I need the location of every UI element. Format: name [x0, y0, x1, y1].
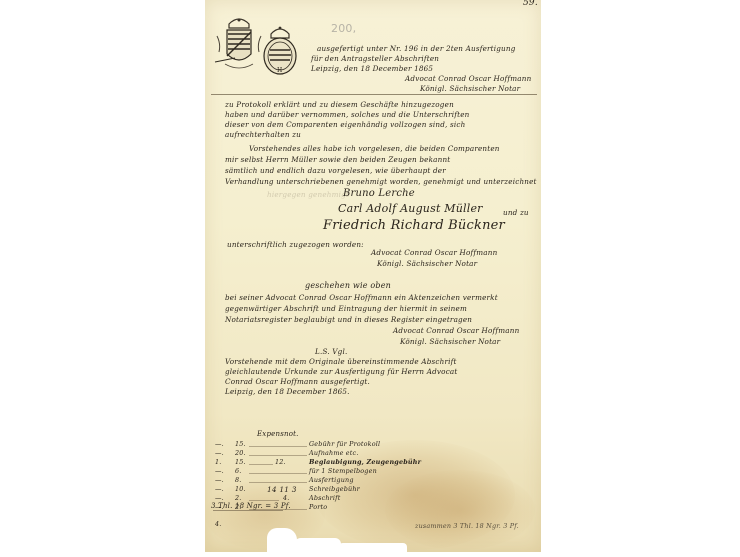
signature: Carl Adolf August Müller	[338, 202, 483, 215]
body-line: Vorstehende mit dem Originale übereinsti…	[225, 357, 457, 366]
section-heading: L.S. Vgl.	[315, 347, 347, 356]
ledger-footer-left: 4.	[215, 520, 222, 528]
body-line: dieser von dem Comparenten eigenhändig v…	[225, 120, 465, 129]
notary-name: Advocat Conrad Oscar Hoffmann	[371, 248, 497, 257]
body-line: sämtlich und endlich dazu vorgelesen, wi…	[225, 166, 446, 175]
ledger-row: —. 6. für 1 Stempelbogen	[215, 467, 415, 476]
signature: Bruno Lerche	[343, 188, 415, 199]
body-line: Conrad Oscar Hoffmann ausgefertigt.	[225, 377, 370, 386]
document-page: H 59. 200, ausgefertigt unter Nr. 196 in…	[205, 0, 541, 552]
page-number: 59.	[523, 0, 538, 8]
header-note-date: Leipzig, den 18 December 1865	[311, 64, 433, 73]
torn-edge	[337, 543, 407, 552]
notary-title: Königl. Sächsischer Notar	[400, 337, 500, 346]
header-divider	[211, 94, 537, 95]
svg-text:H: H	[277, 67, 282, 74]
ledger-row: 1. 15. 12. Beglaubigung, Zeugengebühr	[215, 458, 415, 467]
signature-suffix: und zu	[503, 208, 529, 217]
ledger-row: —. 15. Gebühr für Protokoll	[215, 440, 415, 449]
body-line: mir selbst Herrn Müller sowie den beiden…	[225, 155, 450, 164]
ledger-heading: Expensnot.	[257, 430, 299, 438]
ledger-row: —. 20. Aufnahme etc.	[215, 449, 415, 458]
header-notary-title: Königl. Sächsischer Notar	[420, 84, 520, 93]
body-line: gegenwärtiger Abschrift und Eintragung d…	[225, 304, 467, 313]
ledger-row: —. 10. 14 11 3 Schreibgebühr	[215, 485, 415, 494]
coat-of-arms-right-icon: H	[260, 24, 300, 80]
torn-edge	[293, 538, 341, 552]
faint-bleedthrough-line: hiergegen genehmigt	[267, 190, 349, 199]
body-line: Vorstehendes alles habe ich vorgelesen, …	[249, 144, 500, 153]
body-line-date: Leipzig, den 18 December 1865.	[225, 387, 350, 396]
notary-name: Advocat Conrad Oscar Hoffmann	[393, 326, 519, 335]
body-line: zu Protokoll erklärt und zu diesem Gesch…	[225, 100, 454, 109]
section-heading: geschehen wie oben	[305, 281, 391, 290]
ledger-footer-right: zusammen 3 Thl. 18 Ngr. 3 Pf.	[415, 522, 519, 530]
pencil-folio-number: 200,	[331, 22, 356, 35]
ledger-row: —. 8. Ausfertigung	[215, 476, 415, 485]
header-note: ausgefertigt unter Nr. 196 in der 2ten A…	[317, 44, 516, 53]
ledger-total-rule	[213, 510, 283, 511]
header-note: für den Antragsteller Abschriften	[311, 54, 439, 63]
coat-of-arms-left-icon	[213, 14, 265, 76]
witness-line: unterschriftlich zugezogen worden:	[227, 240, 364, 249]
body-line: haben und darüber vernommen, solches und…	[225, 110, 470, 119]
ledger-total: 3 Thl. 18 Ngr. = 3 Pf.	[211, 502, 291, 510]
signature: Friedrich Richard Bückner	[323, 218, 505, 233]
notary-title: Königl. Sächsischer Notar	[377, 259, 477, 268]
body-line: gleichlautende Urkunde zur Ausfertigung …	[225, 367, 458, 376]
header-notary-name: Advocat Conrad Oscar Hoffmann	[405, 74, 531, 83]
body-line: Notariatsregister beglaubigt und in dies…	[225, 315, 472, 324]
body-line: bei seiner Advocat Conrad Oscar Hoffmann…	[225, 293, 498, 302]
body-line: Verhandlung unterschriebenen genehmigt w…	[225, 177, 537, 186]
body-line: aufrechterhalten zu	[225, 130, 301, 139]
